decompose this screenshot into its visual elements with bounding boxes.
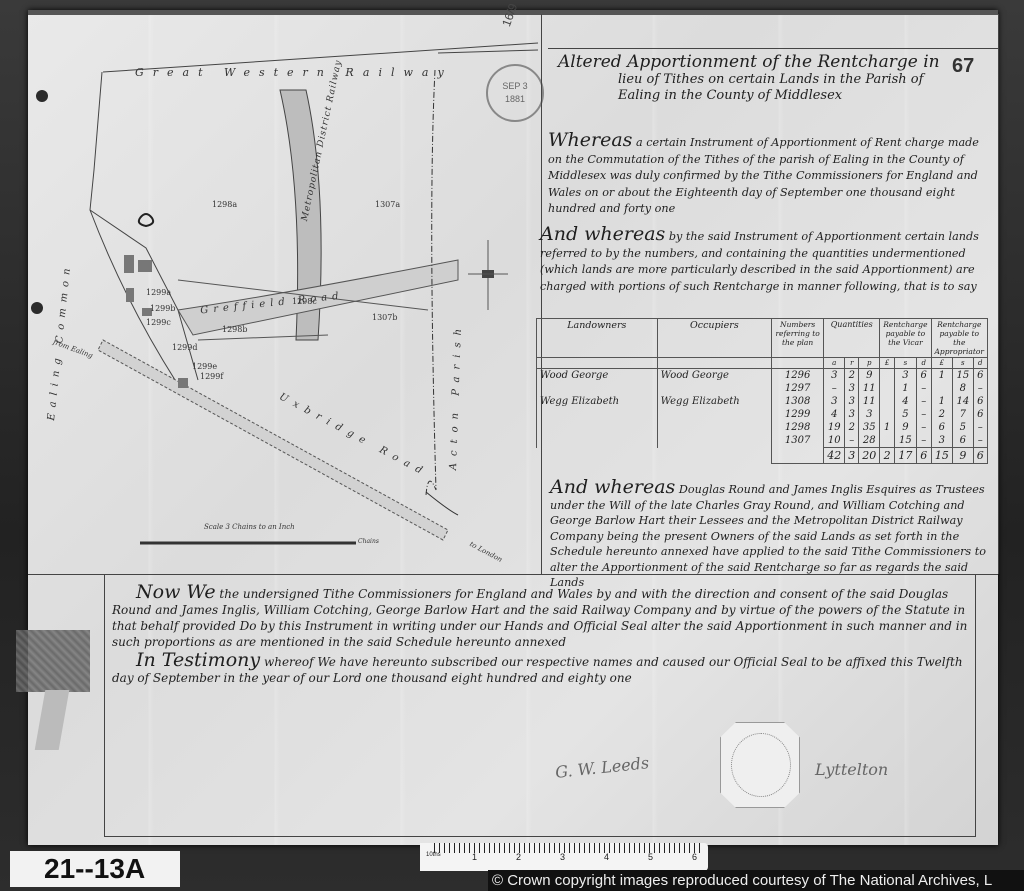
value-cell: 3 bbox=[845, 408, 859, 421]
landowner-cell: Wegg Elizabeth bbox=[537, 395, 658, 408]
value-cell: 9 bbox=[894, 421, 916, 434]
total-cell: 2 bbox=[880, 448, 895, 464]
plan-number-cell: 1297 bbox=[772, 382, 824, 395]
value-cell: 19 bbox=[824, 421, 845, 434]
value-cell: 1 bbox=[894, 382, 916, 395]
total-cell: 20 bbox=[859, 448, 880, 464]
value-cell: 3 bbox=[824, 395, 845, 408]
parcel-label: 1299a bbox=[146, 288, 171, 297]
value-cell: – bbox=[916, 408, 931, 421]
table-row: 130710–2815–36– bbox=[537, 434, 988, 448]
value-cell bbox=[931, 382, 953, 395]
subheader-cell: p bbox=[859, 358, 880, 369]
value-cell: 1 bbox=[931, 369, 953, 383]
value-cell: 3 bbox=[824, 369, 845, 383]
header-quantities: Quantities bbox=[824, 319, 880, 358]
parcel-label: 1299e bbox=[192, 362, 217, 371]
occupier-cell bbox=[657, 382, 771, 395]
value-cell: 5 bbox=[894, 408, 916, 421]
value-cell: – bbox=[916, 421, 931, 434]
value-cell: 2 bbox=[845, 421, 859, 434]
divider bbox=[104, 836, 976, 837]
value-cell: 6 bbox=[916, 369, 931, 383]
value-cell: 2 bbox=[845, 369, 859, 383]
table-row: 1297–3111–8– bbox=[537, 382, 988, 395]
landowner-cell: Wood George bbox=[537, 369, 658, 383]
value-cell: 15 bbox=[953, 369, 973, 383]
value-cell bbox=[880, 382, 895, 395]
total-cell: 9 bbox=[953, 448, 973, 464]
value-cell: 5 bbox=[953, 421, 973, 434]
parcel-label: 1298b bbox=[222, 325, 247, 334]
landowner-cell bbox=[537, 421, 658, 434]
value-cell: 9 bbox=[859, 369, 880, 383]
value-cell: – bbox=[916, 395, 931, 408]
occupier-cell: Wegg Elizabeth bbox=[657, 395, 771, 408]
subheader-cell: £ bbox=[931, 358, 953, 369]
landowner-cell bbox=[537, 434, 658, 448]
table-row: Wegg ElizabethWegg Elizabeth130833114–11… bbox=[537, 395, 988, 408]
plan-number-cell: 1299 bbox=[772, 408, 824, 421]
landowner-cell bbox=[537, 382, 658, 395]
value-cell: 6 bbox=[973, 408, 987, 421]
value-cell: – bbox=[824, 382, 845, 395]
document-title: Altered Apportionment of the Rentcharge … bbox=[558, 52, 978, 104]
value-cell: – bbox=[845, 434, 859, 448]
map-label-railway: Great Western Railway bbox=[135, 66, 453, 79]
header-appropriator: Rentcharge payable to the Appropriator bbox=[931, 319, 987, 358]
subheader-cell: d bbox=[916, 358, 931, 369]
paragraph-and-whereas-1: And whereas by the said Instrument of Ap… bbox=[540, 226, 988, 295]
occupier-cell bbox=[657, 408, 771, 421]
map-label-scale-unit: Chains bbox=[358, 538, 379, 545]
value-cell: 6 bbox=[931, 421, 953, 434]
header-landowners: Landowners bbox=[537, 319, 658, 358]
parcel-label: 1307b bbox=[372, 313, 397, 322]
parcel-label: 1299d bbox=[172, 343, 197, 352]
value-cell: 1 bbox=[931, 395, 953, 408]
divider bbox=[975, 574, 976, 836]
total-cell: 42 bbox=[824, 448, 845, 464]
total-cell: 6 bbox=[973, 448, 987, 464]
divider bbox=[104, 574, 105, 836]
value-cell: – bbox=[973, 434, 987, 448]
value-cell: 11 bbox=[859, 382, 880, 395]
parcel-label: 1298c bbox=[292, 297, 317, 306]
subheader-cell: r bbox=[845, 358, 859, 369]
value-cell bbox=[880, 408, 895, 421]
plan-number-cell: 1308 bbox=[772, 395, 824, 408]
value-cell: 7 bbox=[953, 408, 973, 421]
value-cell: 3 bbox=[845, 395, 859, 408]
value-cell: – bbox=[916, 382, 931, 395]
value-cell: 11 bbox=[859, 395, 880, 408]
plan-number-cell: 1296 bbox=[772, 369, 824, 383]
subheader-cell: d bbox=[973, 358, 987, 369]
parcel-label: 1307a bbox=[375, 200, 400, 209]
signature-commissioner-2: Lyttelton bbox=[815, 760, 888, 779]
header-numbers: Numbers referring to the plan bbox=[772, 319, 824, 358]
subheader-cell: a bbox=[824, 358, 845, 369]
paragraph-now-we: Now We the undersigned Tithe Commissione… bbox=[112, 584, 972, 650]
value-cell: 8 bbox=[953, 382, 973, 395]
value-cell: – bbox=[973, 421, 987, 434]
plan-number-cell: 1307 bbox=[772, 434, 824, 448]
revenue-stamp bbox=[16, 630, 90, 692]
value-cell: 15 bbox=[894, 434, 916, 448]
parcel-label: 1299b bbox=[150, 304, 175, 313]
value-cell: – bbox=[916, 434, 931, 448]
folio-number: 67 bbox=[952, 55, 974, 78]
parcel-label: 1299c bbox=[146, 318, 171, 327]
table-row: 12981923519–65– bbox=[537, 421, 988, 434]
divider bbox=[548, 48, 998, 49]
official-seal bbox=[720, 722, 800, 808]
table-row: 12994335–276 bbox=[537, 408, 988, 421]
value-cell: 3 bbox=[931, 434, 953, 448]
copyright-notice: © Crown copyright images reproduced cour… bbox=[488, 870, 1024, 891]
value-cell: 3 bbox=[859, 408, 880, 421]
value-cell: 6 bbox=[973, 369, 987, 383]
receipt-stamp: SEP 3 1881 bbox=[486, 64, 544, 122]
occupier-cell bbox=[657, 434, 771, 448]
value-cell: 4 bbox=[894, 395, 916, 408]
value-cell: 3 bbox=[894, 369, 916, 383]
value-cell: 6 bbox=[973, 395, 987, 408]
subheader-cell: s bbox=[953, 358, 973, 369]
value-cell bbox=[880, 434, 895, 448]
archive-reference-label: 21--13A bbox=[10, 851, 180, 887]
schedule-table: Landowners Occupiers Numbers referring t… bbox=[536, 318, 988, 464]
value-cell: 2 bbox=[931, 408, 953, 421]
measuring-ruler: 10ths 1 2 3 4 5 6 bbox=[420, 843, 708, 871]
paragraph-testimony: In Testimony whereof We have hereunto su… bbox=[112, 652, 972, 686]
plan-number-cell: 1298 bbox=[772, 421, 824, 434]
total-cell: 17 bbox=[894, 448, 916, 464]
total-cell: 3 bbox=[845, 448, 859, 464]
paragraph-and-whereas-2: And whereas Douglas Round and James Ingl… bbox=[550, 480, 990, 591]
occupier-cell bbox=[657, 421, 771, 434]
header-occupiers: Occupiers bbox=[657, 319, 771, 358]
total-cell: 6 bbox=[916, 448, 931, 464]
parcel-label: 1299f bbox=[200, 372, 223, 381]
value-cell: 28 bbox=[859, 434, 880, 448]
total-cell: 15 bbox=[931, 448, 953, 464]
landowner-cell bbox=[537, 408, 658, 421]
value-cell: 14 bbox=[953, 395, 973, 408]
header-vicar: Rentcharge payable to the Vicar bbox=[880, 319, 931, 358]
divider bbox=[998, 14, 999, 574]
value-cell bbox=[880, 395, 895, 408]
parcel-label: 1298a bbox=[212, 200, 237, 209]
paragraph-whereas: Whereas a certain Instrument of Apportio… bbox=[548, 132, 988, 218]
value-cell: 1 bbox=[880, 421, 895, 434]
subheader-cell: s bbox=[894, 358, 916, 369]
subheader-cell: £ bbox=[880, 358, 895, 369]
value-cell: 4 bbox=[824, 408, 845, 421]
occupier-cell: Wood George bbox=[657, 369, 771, 383]
value-cell: 6 bbox=[953, 434, 973, 448]
map-label-scale: Scale 3 Chains to an Inch bbox=[204, 523, 295, 531]
value-cell: 3 bbox=[845, 382, 859, 395]
value-cell bbox=[880, 369, 895, 383]
value-cell: – bbox=[973, 382, 987, 395]
totals-row: 4232021761596 bbox=[537, 448, 988, 464]
value-cell: 10 bbox=[824, 434, 845, 448]
table-row: Wood GeorgeWood George1296329361156 bbox=[537, 369, 988, 383]
value-cell: 35 bbox=[859, 421, 880, 434]
